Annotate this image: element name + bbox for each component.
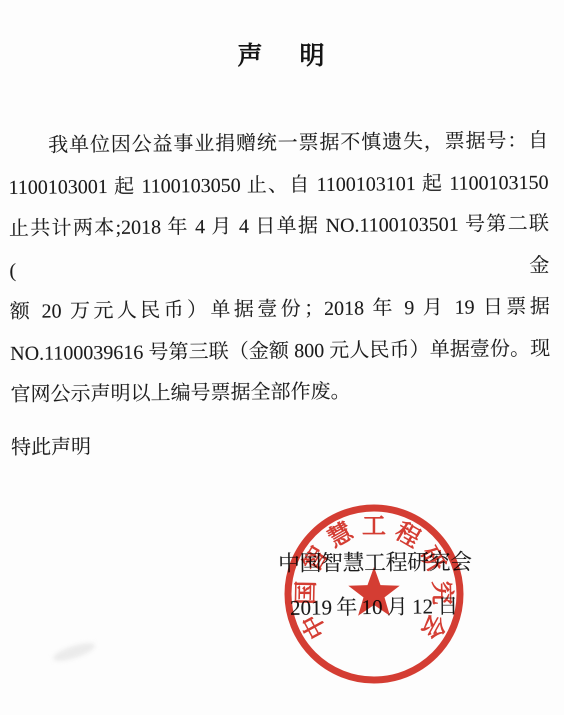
- official-seal: 中国智慧工程研究会: [278, 498, 470, 690]
- seal-star-icon: [348, 567, 399, 616]
- body-line: NO.1100039616 号第三联（金额 800 元人民币）单据壹份。现: [10, 328, 550, 375]
- body-line: 额 20 万元人民币）单据壹份；2018 年 9 月 19 日票据: [10, 287, 550, 334]
- scan-smudge-mark: [51, 639, 97, 664]
- body-line: 1100103001 起 1100103050 止、自 1100103101 起…: [8, 162, 548, 209]
- statement-paragraph: 我单位因公益事业捐赠统一票据不慎遗失，票据号：自 1100103001 起 11…: [8, 121, 551, 469]
- page-title: 声 明: [0, 36, 564, 72]
- body-line: 止共计两本;2018 年 4 月 4 日单据 NO.1100103501 号第二…: [9, 204, 550, 292]
- closing-line: 特此声明: [11, 422, 551, 469]
- body-line: 官网公示声明以上编号票据全部作废。: [10, 370, 550, 417]
- scanned-statement-page: 声 明 我单位因公益事业捐赠统一票据不慎遗失，票据号：自 1100103001 …: [0, 0, 564, 715]
- body-line: 我单位因公益事业捐赠统一票据不慎遗失，票据号：自: [8, 121, 548, 168]
